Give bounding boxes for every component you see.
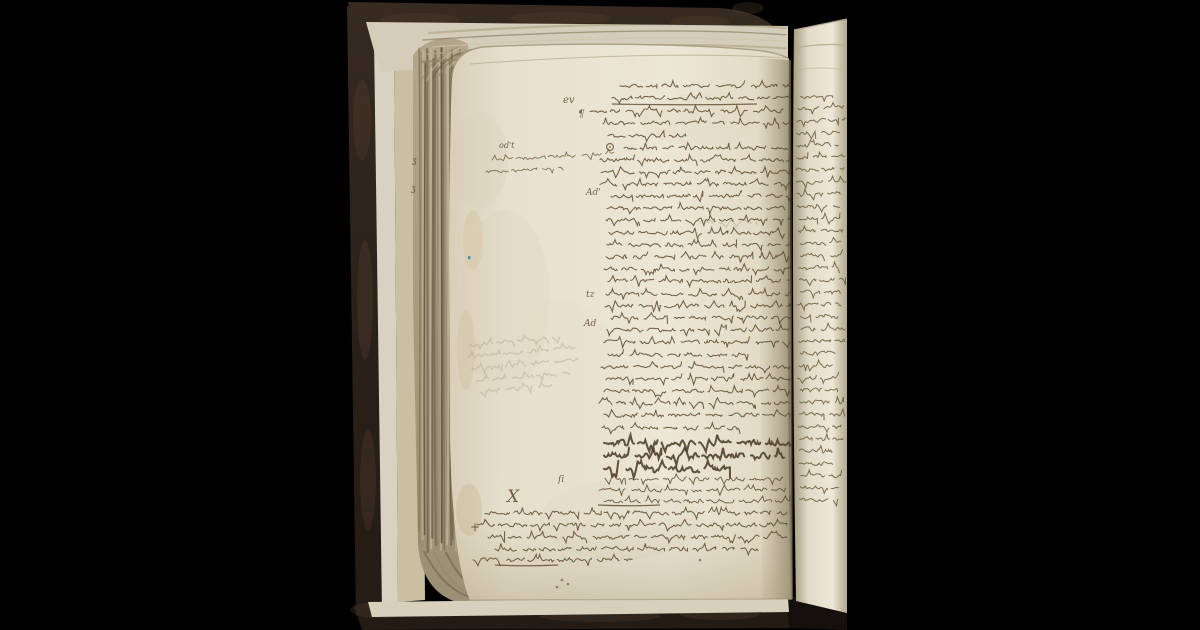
page-stain	[457, 310, 475, 390]
marginal-mark: ev	[563, 95, 575, 106]
marginal-mark: od't	[499, 141, 515, 150]
right-page-edge-shade	[830, 19, 847, 613]
book-scene: ev¶od'tAd'tzAdſiX+ʒʒ	[0, 0, 1200, 630]
marginal-mark: Ad'	[585, 188, 601, 198]
marginal-mark: X	[505, 487, 520, 507]
marginal-mark: ¶	[578, 109, 585, 120]
fore-edge-striation	[420, 52, 421, 543]
fore-edge-striation	[424, 62, 425, 535]
ink-speck	[556, 586, 559, 589]
marginal-mark: +	[470, 520, 480, 534]
page-stain	[452, 112, 508, 208]
fore-edge-striation	[444, 57, 445, 550]
ink-speck	[567, 583, 570, 586]
marginal-mark: ʒ	[411, 156, 417, 165]
fore-edge-striation	[437, 61, 438, 546]
blue-speck	[468, 256, 470, 259]
fore-edge-striation	[422, 51, 423, 539]
ink-speck	[699, 559, 702, 562]
leather-highlight	[510, 12, 610, 24]
marginal-mark: ſi	[557, 475, 564, 485]
leather-highlight	[732, 2, 764, 14]
circle-dot-center	[609, 146, 611, 148]
fore-edge-striation	[432, 59, 433, 538]
marginal-mark: Ad	[583, 319, 596, 329]
leather-highlight	[360, 430, 376, 530]
ink-speck	[561, 579, 564, 582]
leather-highlight	[353, 80, 371, 160]
page-stain	[463, 210, 483, 270]
marginal-mark: tz	[586, 290, 595, 300]
manuscript-photo: ev¶od'tAd'tzAdſiX+ʒʒ	[0, 0, 1200, 630]
marginal-mark: ʒ	[410, 184, 416, 193]
leather-highlight	[357, 240, 373, 360]
fore-edge-striation	[441, 48, 442, 542]
left-page-bottom-shade	[449, 515, 792, 600]
